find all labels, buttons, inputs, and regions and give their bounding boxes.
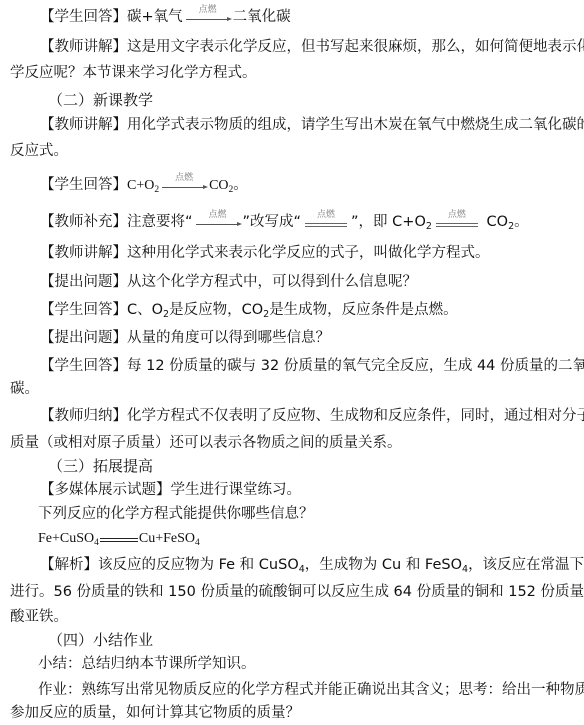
multimedia-exercise: 【多媒体展示试题】学生进行课堂练习。	[40, 479, 584, 501]
student-answer-word-equation: 【学生回答】碳+氧气点燃二氧化碳	[40, 6, 584, 28]
teacher-explain-2-cont: 反应式。	[10, 140, 584, 162]
exercise-question: 下列反应的化学方程式能提供你哪些信息？	[38, 503, 584, 525]
section-heading-4: （四）小结作业	[48, 629, 584, 651]
question-2: 【提出问题】从量的角度可以得到哪些信息？	[40, 327, 584, 349]
teacher-summary: 【教师归纳】化学方程式不仅表明了反应物、生成物和反应条件，同时，通过相对分子	[40, 405, 584, 427]
student-answer-formula: 【学生回答】C+O2点燃CO2。	[40, 174, 584, 196]
question-1: 【提出问题】从这个化学方程式中，可以得到什么信息呢？	[40, 271, 584, 293]
section-tag: 【教师讲解】	[40, 39, 127, 55]
teacher-explain-1-cont: 学反应呢？本节课来学习化学方程式。	[10, 62, 584, 84]
section-tag: 【学生回答】	[40, 302, 127, 318]
section-tag: 【教师归纳】	[40, 408, 127, 424]
reaction-arrow-icon: 点燃	[184, 6, 232, 28]
teacher-explain-2: 【教师讲解】用化学式表示物质的组成，请学生写出木炭在氧气中燃烧生成二氧化碳的	[40, 114, 584, 136]
section-tag: 【教师讲解】	[40, 245, 127, 261]
teacher-supplement: 【教师补充】注意要将“点燃”改写成“点燃”，即 C+O2点燃 CO2。	[40, 211, 584, 233]
teacher-summary-cont: 质量（或相对原子质量）还可以表示各物质之间的质量关系。	[10, 432, 584, 454]
analysis: 【解析】该反应的反应物为 Fe 和 CuSO4，生成物为 Cu 和 FeSO4，…	[40, 554, 584, 576]
teacher-explain-3: 【教师讲解】这种用化学式来表示化学反应的式子，叫做化学方程式。	[40, 242, 584, 264]
student-answer-4: 【学生回答】每 12 份质量的碳与 32 份质量的氧气完全反应，生成 44 份质…	[40, 355, 584, 377]
analysis-cont-2: 酸亚铁。	[10, 606, 584, 628]
section-tag: 【教师讲解】	[40, 117, 127, 133]
section-tag: 【教师补充】	[40, 214, 127, 230]
homework-cont: 参加反应的质量，如何计算其它物质的质量？	[10, 702, 584, 724]
teacher-explain-1: 【教师讲解】这是用文字表示化学反应，但书写起来很麻烦，那么，如何简便地表示化	[40, 36, 584, 58]
section-tag: 【学生回答】	[40, 358, 127, 374]
section-heading-3: （三）拓展提高	[48, 455, 584, 477]
section-tag: 【提出问题】	[40, 274, 127, 290]
exercise-equation: Fe+CuSO4Cu+FeSO4	[38, 528, 584, 550]
section-tag: 【学生回答】	[40, 177, 127, 193]
student-answer-3: 【学生回答】C、O2是反应物，CO2是生成物，反应条件是点燃。	[40, 299, 584, 321]
student-answer-4-cont: 碳。	[10, 378, 584, 400]
section-tag: 【学生回答】	[40, 9, 127, 25]
section-tag: 【多媒体展示试题】	[40, 482, 171, 498]
section-heading-2: （二）新课教学	[48, 89, 584, 111]
equals-sign-icon: 点燃	[303, 211, 349, 233]
summary: 小结：总结归纳本节课所学知识。	[38, 653, 584, 675]
section-tag: 【解析】	[40, 557, 98, 573]
equals-sign-icon	[100, 528, 138, 550]
homework: 作业：熟练写出常见物质反应的化学方程式并能正确说出其含义；思考：给出一种物质	[38, 679, 584, 701]
reaction-arrow-icon: 点燃	[160, 174, 208, 196]
reaction-arrow-icon: 点燃	[194, 211, 242, 233]
analysis-cont-1: 进行。56 份质量的铁和 150 份质量的硫酸铜可以反应生成 64 份质量的铜和…	[10, 581, 584, 603]
section-tag: 【提出问题】	[40, 330, 127, 346]
equals-sign-icon: 点燃	[434, 211, 480, 233]
